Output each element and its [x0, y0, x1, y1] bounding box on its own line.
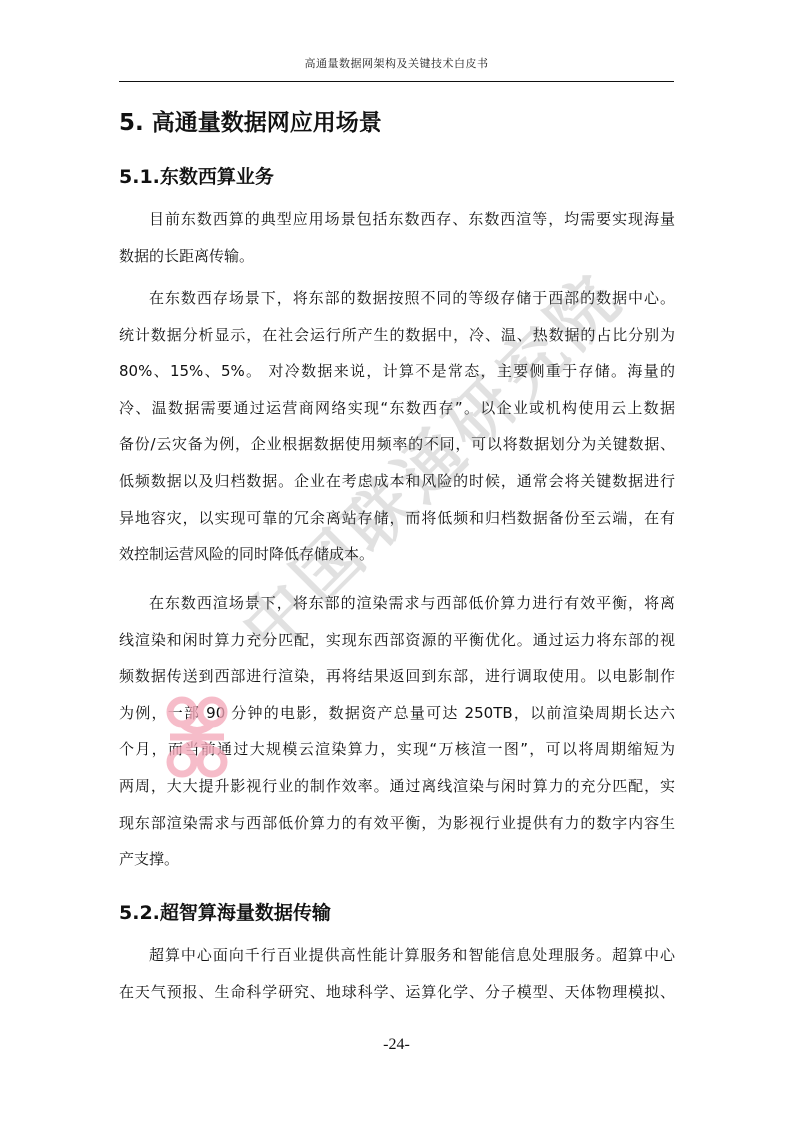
text-line: 80%、15%、5%。 对冷数据来说，计算不是常态，主要侧重于存储。海量的 [119, 353, 675, 390]
section-heading: 5. 高通量数据网应用场景 [119, 104, 382, 137]
page-number: -24- [0, 1036, 793, 1054]
text-line: 数据的长距离传输。 [119, 238, 675, 275]
paragraph-storage-scenario: 在东数西存场景下，将东部的数据按照不同的等级存储于西部的数据中心。 统计数据分析… [119, 280, 675, 573]
text-line: 冷、温数据需要通过运营商网络实现“东数西存”。以企业或机构使用云上数据 [119, 390, 675, 427]
subsection-heading-5-2: 5.2.超智算海量数据传输 [119, 898, 331, 925]
text-line: 目前东数西算的典型应用场景包括东数西存、东数西渲等，均需要实现海量 [119, 201, 675, 238]
subsection-heading-5-1: 5.1.东数西算业务 [119, 162, 274, 189]
text-line: 低频数据以及归档数据。企业在考虑成本和风险的时候，通常会将关键数据进行 [119, 463, 675, 500]
paragraph-render-scenario: 在东数西渲场景下，将东部的渲染需求与西部低价算力进行有效平衡，将离 线渲染和闲时… [119, 585, 675, 878]
text-line: 异地容灾，以实现可靠的冗余离站存储，而将低频和归档数据备份至云端，在有 [119, 500, 675, 537]
text-line: 现东部渲染需求与西部低价算力的有效平衡，为影视行业提供有力的数字内容生 [119, 805, 675, 842]
text-line: 统计数据分析显示，在社会运行所产生的数据中，冷、温、热数据的占比分别为 [119, 317, 675, 354]
text-line: 频数据传送到西部进行渲染，再将结果返回到东部，进行调取使用。以电影制作 [119, 658, 675, 695]
text-line: 个月，而当前通过大规模云渲染算力，实现“万核渲一图”，可以将周期缩短为 [119, 731, 675, 768]
paragraph-intro: 目前东数西算的典型应用场景包括东数西存、东数西渲等，均需要实现海量 数据的长距离… [119, 201, 675, 274]
text-line: 为例，一部 90 分钟的电影，数据资产总量可达 250TB，以前渲染周期长达六 [119, 695, 675, 732]
text-line: 超算中心面向千行百业提供高性能计算服务和智能信息处理服务。超算中心 [119, 937, 675, 974]
text-line: 在天气预报、生命科学研究、地球科学、运算化学、分子模型、天体物理模拟、 [119, 974, 675, 1011]
text-line: 在东数西存场景下，将东部的数据按照不同的等级存储于西部的数据中心。 [119, 280, 675, 317]
paragraph-supercomputing: 超算中心面向千行百业提供高性能计算服务和智能信息处理服务。超算中心 在天气预报、… [119, 937, 675, 1010]
running-header-title: 高通量数据网架构及关键技术白皮书 [0, 55, 793, 71]
text-line: 产支撑。 [119, 841, 675, 878]
text-line: 效控制运营风险的同时降低存储成本。 [119, 536, 675, 573]
header-divider [119, 81, 674, 82]
text-line: 备份/云灾备为例，企业根据数据使用频率的不同，可以将数据划分为关键数据、 [119, 426, 675, 463]
text-line: 在东数西渲场景下，将东部的渲染需求与西部低价算力进行有效平衡，将离 [119, 585, 675, 622]
text-line: 线渲染和闲时算力充分匹配，实现东西部资源的平衡优化。通过运力将东部的视 [119, 622, 675, 659]
text-line: 两周，大大提升影视行业的制作效率。通过离线渲染与闲时算力的充分匹配，实 [119, 768, 675, 805]
